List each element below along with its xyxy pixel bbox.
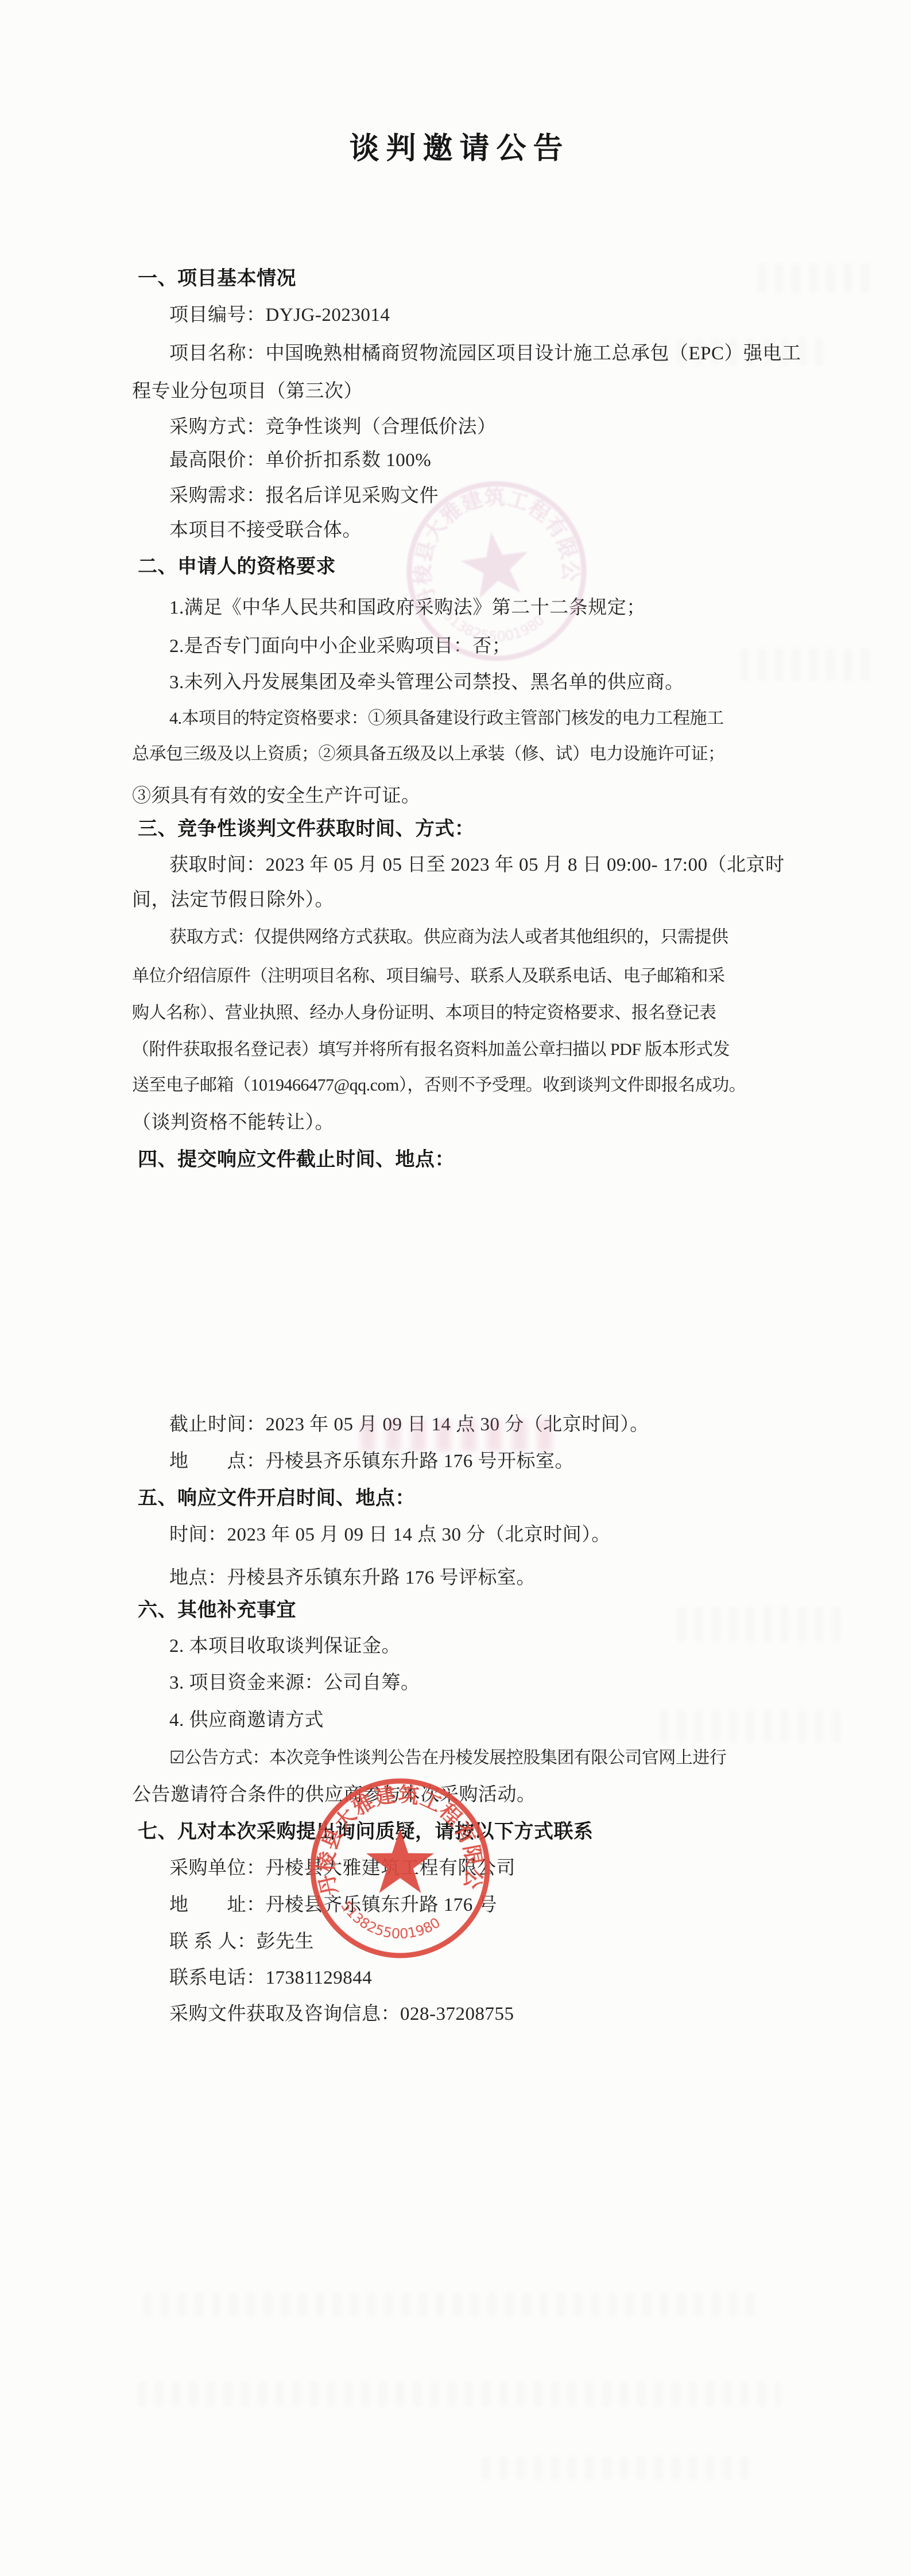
supplement-3: 3. 项目资金来源：公司自筹。 — [169, 1673, 420, 1694]
obtain-method-1: 获取方式：仅提供网络方式获取。供应商为法人或者其他组织的，只需提供 — [169, 928, 728, 948]
bleed-artifact — [677, 1607, 850, 1642]
supplement-4: 4. 供应商邀请方式 — [169, 1710, 324, 1732]
bleed-artifact — [741, 649, 873, 681]
procurement-method: 采购方式：竞争性谈判（合理低价法） — [169, 417, 497, 439]
document-info-phone: 采购文件获取及咨询信息：028-37208755 — [169, 2004, 514, 2026]
obtain-method-2: 单位介绍信原件（注明项目名称、项目编号、联系人及联系电话、电子邮箱和采 — [132, 967, 725, 987]
obtain-method-5: 送至电子邮箱（1019466477@qq.com），否则不予受理。收到谈判文件即… — [132, 1076, 746, 1096]
opening-place: 地点：丹棱县齐乐镇东升路 176 号评标室。 — [169, 1568, 536, 1589]
pink-ghost-artifact — [360, 1419, 561, 1452]
qualification-3: 3.未列入丹发展集团及牵头管理公司禁投、黑名单的供应商。 — [169, 672, 684, 694]
section1-heading: 一、项目基本情况 — [138, 267, 296, 290]
obtain-method-4: （附件获取报名登记表）填写并将所有报名资料加盖公章扫描以 PDF 版本形式发 — [132, 1040, 730, 1060]
qualification-2: 2.是否专门面向中小企业采购项目：否； — [169, 636, 511, 658]
bleed-artifact — [138, 2382, 781, 2406]
bleed-artifact — [758, 264, 878, 293]
section4-heading: 四、提交响应文件截止时间、地点： — [138, 1149, 455, 1171]
seal-star-icon — [458, 527, 533, 600]
qualification-4a: 4.本项目的特定资格要求：①须具备建设行政主管部门核发的电力工程施工 — [169, 709, 724, 729]
no-consortium-note: 本项目不接受联合体。 — [169, 520, 362, 542]
opening-time: 时间：2023 年 05 月 09 日 14 点 30 分（北京时间）。 — [169, 1524, 611, 1546]
supplement-2: 2. 本项目收取谈判保证金。 — [169, 1636, 401, 1658]
obtain-time-line1: 获取时间：2023 年 05 月 05 日至 2023 年 05 月 8 日 0… — [169, 855, 785, 876]
obtain-method-6: （谈判资格不能转让）。 — [132, 1112, 334, 1134]
scanned-document-page: 谈判邀请公告 一、项目基本情况 项目编号：DYJG-2023014 项目名称：中… — [0, 0, 911, 2576]
bleed-artifact — [660, 1710, 850, 1743]
section6-heading: 六、其他补充事宜 — [138, 1599, 296, 1621]
qualification-4c: ③须具有有效的安全生产许可证。 — [132, 786, 421, 808]
section3-heading: 三、竞争性谈判文件获取时间、方式： — [138, 818, 475, 840]
document-title: 谈判邀请公告 — [0, 124, 911, 167]
bleed-artifact — [482, 2457, 758, 2480]
obtain-method-3: 购人名称）、营业执照、经办人身份证明、本项目的特定资格要求、报名登记表 — [132, 1003, 716, 1023]
purchaser-address: 地 址：丹棱县齐乐镇东升路 176 号 — [169, 1895, 497, 1917]
deadline-place: 地 点：丹棱县齐乐镇东升路 176 号开标室。 — [169, 1451, 574, 1473]
announcement-line2: 公告邀请符合条件的供应商参与本次采购活动。 — [132, 1784, 536, 1806]
qualification-1: 1.满足《中华人民共和国政府采购法》第二十二条规定； — [169, 598, 646, 619]
bleed-artifact — [144, 2293, 763, 2316]
max-price-limit: 最高限价：单价折扣系数 100% — [169, 450, 431, 472]
svg-text:丹棱县大雅建筑工程有限公司: 丹棱县大雅建筑工程有限公司 — [386, 461, 586, 615]
obtain-time-line2: 间，法定节假日除外）。 — [132, 890, 334, 911]
seal-company-arc-text: 丹棱县大雅建筑工程有限公司 — [386, 461, 586, 615]
contact-phone: 联系电话：17381129844 — [169, 1968, 372, 1989]
announcement-line1: ☑公告方式：本次竞争性谈判公告在丹棱发展控股集团有限公司官网上进行 — [169, 1748, 726, 1768]
section5-heading: 五、响应文件开启时间、地点： — [138, 1487, 415, 1510]
bleed-artifact — [660, 339, 832, 365]
purchaser-name: 采购单位：丹棱县大雅建筑工程有限公司 — [169, 1858, 515, 1880]
project-number: 项目编号：DYJG-2023014 — [169, 305, 390, 327]
procurement-demand: 采购需求：报名后详见采购文件 — [169, 486, 439, 507]
qualification-4b: 总承包三级及以上资质；②须具备五级及以上承装（修、试）电力设施许可证； — [132, 744, 725, 765]
project-name-line2: 程专业分包项目（第三次） — [132, 381, 363, 403]
section7-heading: 七、凡对本次采购提出询问质疑，请按以下方式联系 — [138, 1821, 594, 1843]
contact-person: 联 系 人：彭先生 — [169, 1931, 314, 1953]
section2-heading: 二、申请人的资格要求 — [138, 556, 336, 578]
